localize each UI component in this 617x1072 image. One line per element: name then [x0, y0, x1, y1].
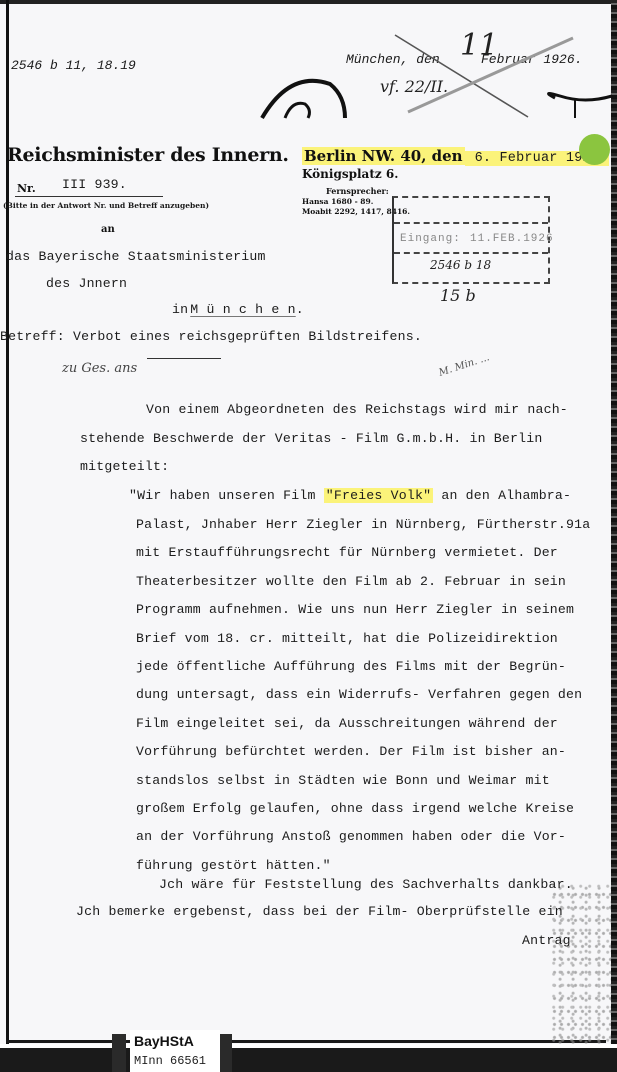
label-tape-right — [218, 1034, 232, 1072]
stamp-received-label: Eingang: — [400, 233, 461, 245]
location-label: Berlin NW. 40, den — [302, 147, 465, 165]
recipient-prefix: an — [101, 224, 115, 235]
subject-line: Betreff: Verbot eines reichsgeprüften Bi… — [0, 329, 422, 344]
continuation-word: Antrag — [522, 933, 571, 948]
city-suffix: . — [296, 302, 304, 317]
scan-border-bottom — [0, 1044, 617, 1072]
stamp-number: 2546 b 18 — [430, 258, 491, 272]
quote-line: standslos selbst in Städten wie Bonn und… — [136, 773, 550, 788]
closing-line-1: Jch wäre für Feststellung des Sachverhal… — [159, 877, 573, 892]
subject-text: Verbot eines reichsgeprüften Bildstreife… — [73, 329, 422, 344]
sender-address: Königsplatz 6. — [302, 167, 398, 181]
city-prefix: in — [172, 302, 188, 317]
quote-line: Brief vom 18. cr. mitteilt, hat die Poli… — [136, 631, 558, 646]
handwritten-marks — [0, 0, 617, 130]
quote-line: jede öffentliche Aufführung des Films mi… — [136, 659, 566, 674]
quote-line: Palast, Jnhaber Herr Ziegler in Nürnberg… — [136, 517, 590, 532]
quote-line: an der Vorführung Anstoß genommen haben … — [136, 829, 566, 844]
archive-signature: MInn 66561 — [134, 1054, 206, 1068]
quote-line: dung untersagt, dass ein Widerrufs- Verf… — [136, 687, 582, 702]
phone-label: Fernsprecher: — [326, 186, 389, 196]
quote-line-1: "Wir haben unseren Film "Freies Volk" an… — [129, 488, 571, 503]
stamp-received-date: 11.FEB.1926 — [470, 233, 554, 245]
nr-label: Nr. — [17, 182, 36, 195]
recipient-city: inM ü n c h e n. — [172, 302, 304, 317]
quote-line: Vorführung befürchtet werden. Der Film i… — [136, 744, 566, 759]
closing-line-2: Jch bemerke ergebenst, dass bei der Film… — [76, 904, 563, 919]
quote-line: Film eingeleitet sei, da Ausschreitungen… — [136, 716, 558, 731]
phone-line-1: Hansa 1680 - 89. — [302, 197, 373, 206]
recipient-line-1: das Bayerische Staatsministerium — [6, 249, 266, 264]
scanned-document-page: 2546 b 11, 18.19 München, den 11 Februar… — [0, 0, 617, 1072]
sender-title: Reichsminister des Innern. — [7, 144, 289, 166]
handwritten-mark-left: zu Ges. ans — [62, 361, 137, 376]
scan-bottom-line — [6, 1040, 606, 1043]
nr-underline — [15, 196, 163, 197]
city-name: M ü n c h e n — [188, 302, 295, 317]
quote-line: Programm aufnehmen. Wie uns nun Herr Zie… — [136, 602, 574, 617]
body-line-2: stehende Beschwerde der Veritas - Film G… — [80, 431, 543, 446]
quote-line: mit Erstaufführungsrecht für Nürnberg ve… — [136, 545, 558, 560]
receipt-stamp: Eingang: 11.FEB.1926 2546 b 18 — [392, 196, 550, 284]
scan-border-right — [611, 0, 617, 1072]
archive-name: BayHStA — [134, 1033, 194, 1049]
body-line-1: Von einem Abgeordneten des Reichstags wi… — [146, 402, 568, 417]
quote-line: Theaterbesitzer wollte den Film ab 2. Fe… — [136, 574, 566, 589]
film-title-highlight: "Freies Volk" — [324, 488, 433, 503]
stamp-note: 15 b — [440, 286, 476, 305]
quote-line: führung gestört hätten." — [136, 858, 331, 873]
body-line-3: mitgeteilt: — [80, 459, 169, 474]
label-tape-left — [112, 1034, 126, 1072]
sender-location-date: Berlin NW. 40, den6. Februar 1926. — [302, 147, 609, 166]
archive-label: BayHStA MInn 66561 — [130, 1030, 220, 1072]
separator-line — [147, 358, 221, 359]
handwritten-mark-right: M. Min. ... — [438, 352, 491, 379]
nr-value: III 939. — [62, 177, 127, 192]
recipient-line-2: des Jnnern — [46, 276, 127, 291]
reference-hint: (Bitte in der Antwort Nr. und Betreff an… — [3, 201, 209, 210]
quote-line: großem Erfolg gelaufen, ohne dass irgend… — [136, 801, 574, 816]
green-marker-dot — [579, 134, 610, 165]
subject-label: Betreff: — [0, 329, 65, 344]
